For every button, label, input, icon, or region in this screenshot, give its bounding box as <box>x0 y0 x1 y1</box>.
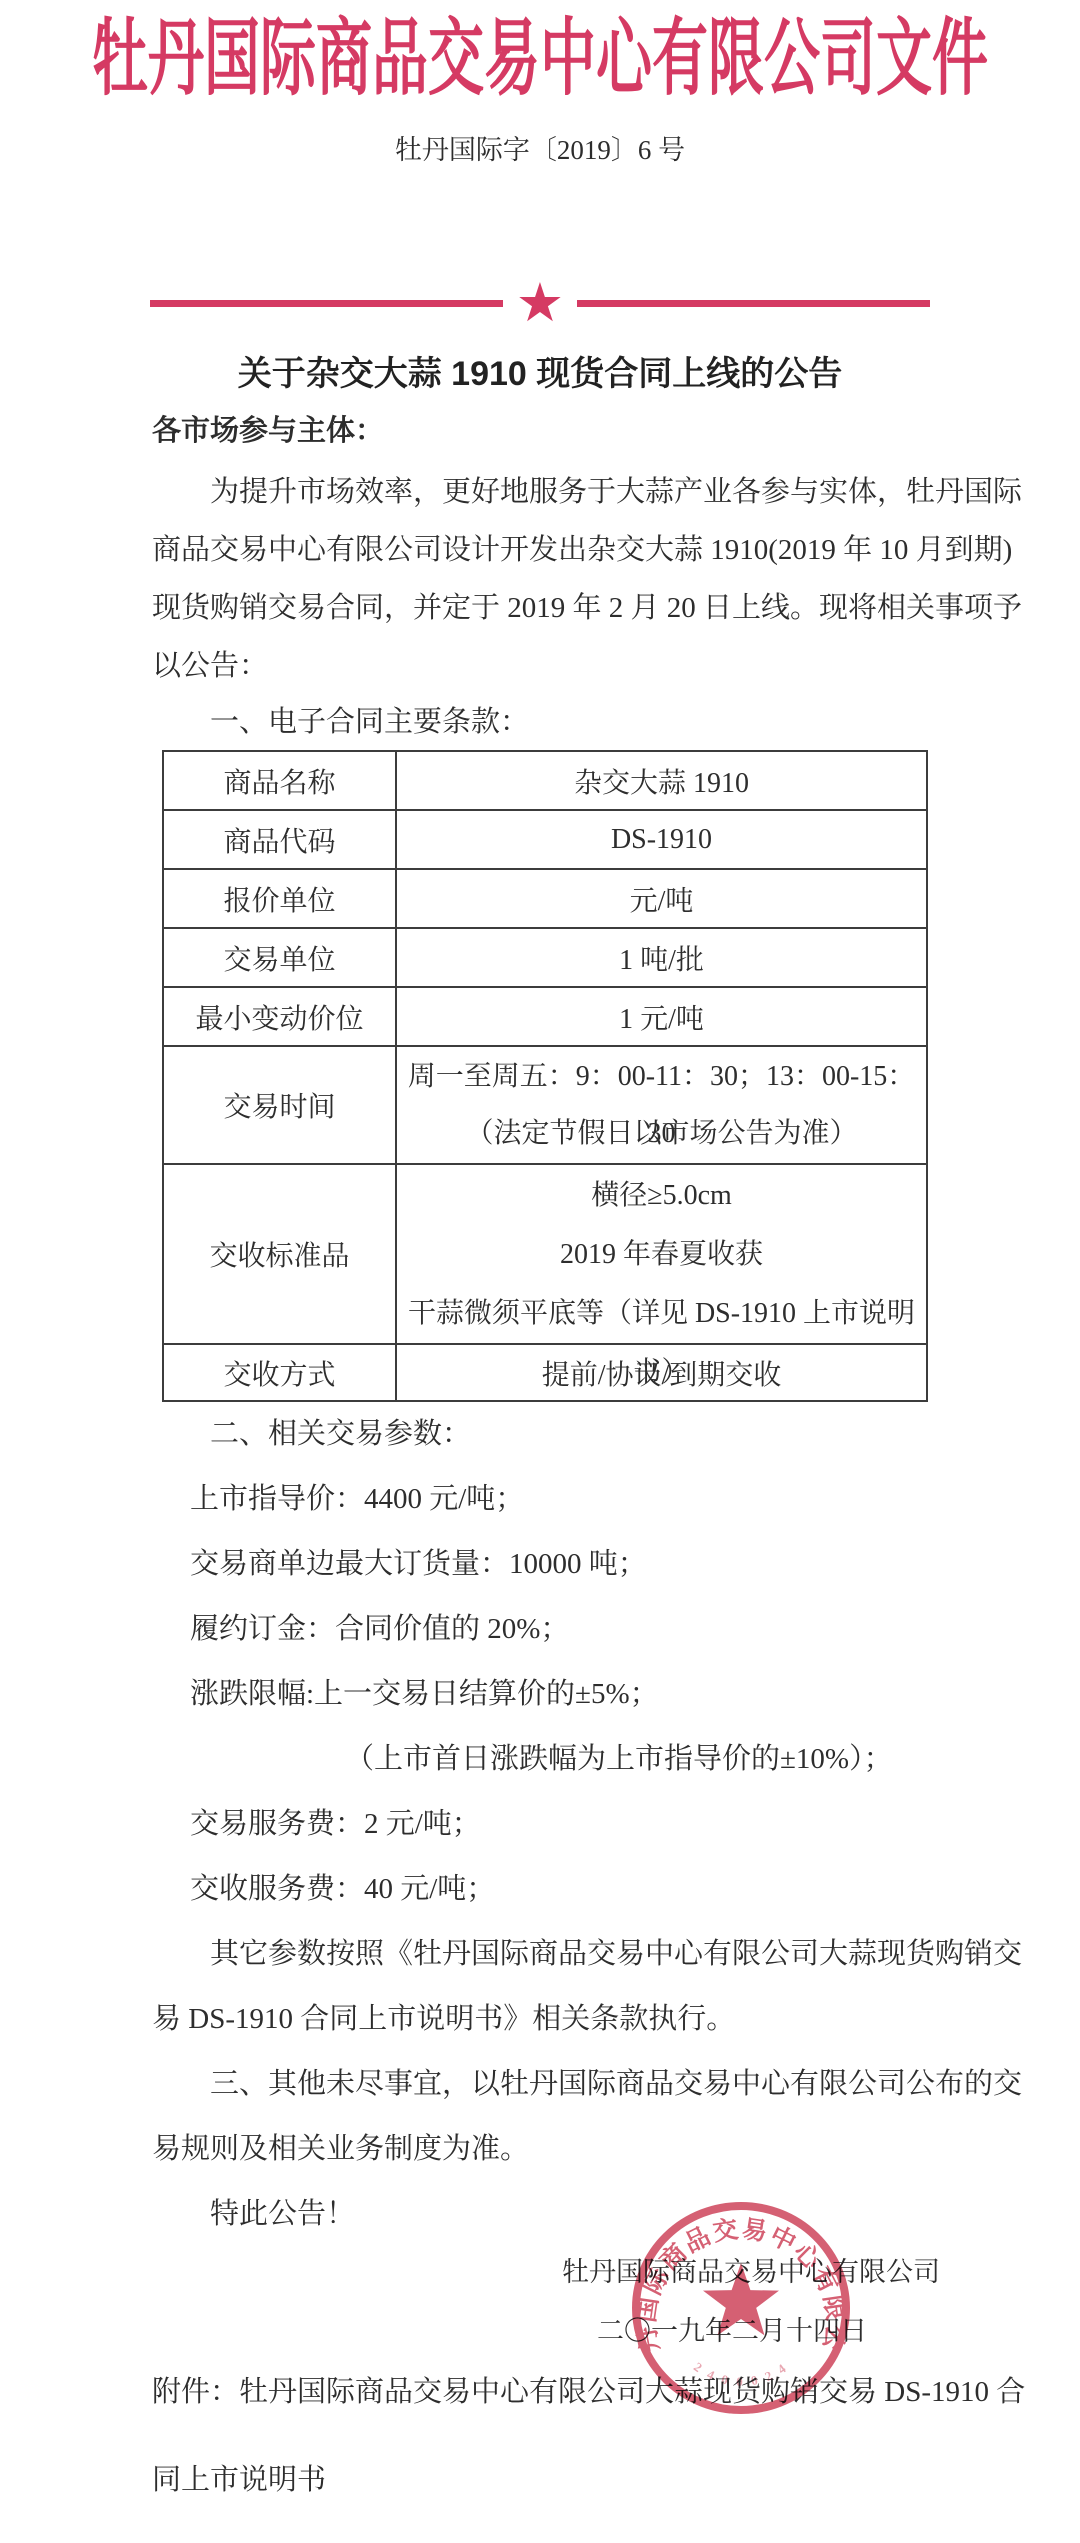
table-row: 交易时间 周一至周五：9：00-11：30；13：00-15：30 （法定节假日… <box>163 1046 927 1164</box>
letterhead-title: 牡丹国际商品交易中心有限公司文件 <box>0 18 1080 74</box>
table-row: 交收方式 提前/协议/到期交收 <box>163 1344 927 1401</box>
section3-line: 易规则及相关业务制度为准。 <box>152 2134 529 2164</box>
row-label: 交收方式 <box>163 1344 396 1401</box>
row-label: 报价单位 <box>163 869 396 928</box>
row-value: 周一至周五：9：00-11：30；13：00-15：30 （法定节假日以市场公告… <box>396 1046 927 1164</box>
param-line: 交易服务费：2 元/吨； <box>190 1809 481 1839</box>
row-value: DS-1910 <box>396 810 927 869</box>
param-line: （上市首日涨跌幅为上市指导价的±10%）； <box>345 1744 893 1774</box>
table-row: 最小变动价位 1 元/吨 <box>163 987 927 1046</box>
table-row: 交易单位 1 吨/批 <box>163 928 927 987</box>
divider-line-left <box>150 300 503 307</box>
value-line: 干蒜微须平底等（详见 DS-1910 上市说明书） <box>397 1284 926 1343</box>
value-line: （法定节假日以市场公告为准） <box>397 1105 926 1162</box>
official-seal: 牡丹国际商品交易中心有限公司 2 4 0 0 0 2 4 <box>625 2195 865 2425</box>
doc-number: 牡丹国际字〔2019〕6 号 <box>0 128 1080 167</box>
row-label: 最小变动价位 <box>163 987 396 1046</box>
param-line: 涨跌限幅:上一交易日结算价的±5%； <box>190 1679 659 1709</box>
intro-line: 为提升市场效率，更好地服务于大蒜产业各参与实体，牡丹国际 <box>210 477 1022 507</box>
row-value: 元/吨 <box>396 869 927 928</box>
intro-line: 商品交易中心有限公司设计开发出杂交大蒜 1910(2019 年 10 月到期) <box>152 535 1012 565</box>
row-value: 1 吨/批 <box>396 928 927 987</box>
seal-digits: 2 4 0 0 0 2 4 <box>691 2359 791 2389</box>
salutation: 各市场参与主体： <box>152 416 384 446</box>
notice-title: 关于杂交大蒜 1910 现货合同上线的公告 <box>0 356 1080 392</box>
letterhead-divider: ★ <box>150 277 930 329</box>
row-label: 交收标准品 <box>163 1164 396 1344</box>
param-line: 上市指导价：4400 元/吨； <box>190 1484 524 1514</box>
param-line: 交收服务费：40 元/吨； <box>190 1874 495 1904</box>
table-row: 交收标准品 横径≥5.0cm 2019 年春夏收获 干蒜微须平底等（详见 DS-… <box>163 1164 927 1344</box>
row-value: 提前/协议/到期交收 <box>396 1344 927 1401</box>
row-value: 横径≥5.0cm 2019 年春夏收获 干蒜微须平底等（详见 DS-1910 上… <box>396 1164 927 1344</box>
table-row: 报价单位 元/吨 <box>163 869 927 928</box>
value-line: 2019 年春夏收获 <box>397 1225 926 1284</box>
row-label: 交易时间 <box>163 1046 396 1164</box>
intro-line: 现货购销交易合同，并定于 2019 年 2 月 20 日上线。现将相关事项予 <box>152 593 1022 623</box>
section1-heading: 一、电子合同主要条款： <box>210 707 529 737</box>
row-value: 1 元/吨 <box>396 987 927 1046</box>
param-line: 履约订金：合同价值的 20%； <box>190 1614 569 1644</box>
closing-statement: 特此公告！ <box>210 2199 355 2229</box>
contract-terms-table: 商品名称 杂交大蒜 1910 商品代码 DS-1910 报价单位 元/吨 交易单… <box>162 750 928 1402</box>
document-page: 牡丹国际商品交易中心有限公司文件 牡丹国际字〔2019〕6 号 ★ 关于杂交大蒜… <box>0 0 1080 2543</box>
param-line: 易 DS-1910 合同上市说明书》相关条款执行。 <box>152 2004 735 2034</box>
section2-heading: 二、相关交易参数： <box>210 1419 471 1449</box>
section3-line: 三、其他未尽事宜，以牡丹国际商品交易中心有限公司公布的交 <box>210 2069 1022 2099</box>
value-line: 周一至周五：9：00-11：30；13：00-15：30 <box>397 1048 926 1105</box>
row-value: 杂交大蒜 1910 <box>396 751 927 810</box>
divider-line-right <box>577 300 930 307</box>
star-icon: ★ <box>516 277 564 329</box>
table-row: 商品名称 杂交大蒜 1910 <box>163 751 927 810</box>
row-label: 交易单位 <box>163 928 396 987</box>
table-row: 商品代码 DS-1910 <box>163 810 927 869</box>
attachment-line: 附件：牡丹国际商品交易中心有限公司大蒜现货购销交易 DS-1910 合 <box>152 2377 1025 2407</box>
row-label: 商品代码 <box>163 810 396 869</box>
param-line: 其它参数按照《牡丹国际商品交易中心有限公司大蒜现货购销交 <box>210 1939 1022 1969</box>
param-line: 交易商单边最大订货量：10000 吨； <box>190 1549 647 1579</box>
value-line: 横径≥5.0cm <box>397 1166 926 1225</box>
attachment-line: 同上市说明书 <box>152 2465 326 2495</box>
intro-line: 以公告： <box>152 651 268 681</box>
row-label: 商品名称 <box>163 751 396 810</box>
seal-star-icon <box>703 2263 779 2335</box>
